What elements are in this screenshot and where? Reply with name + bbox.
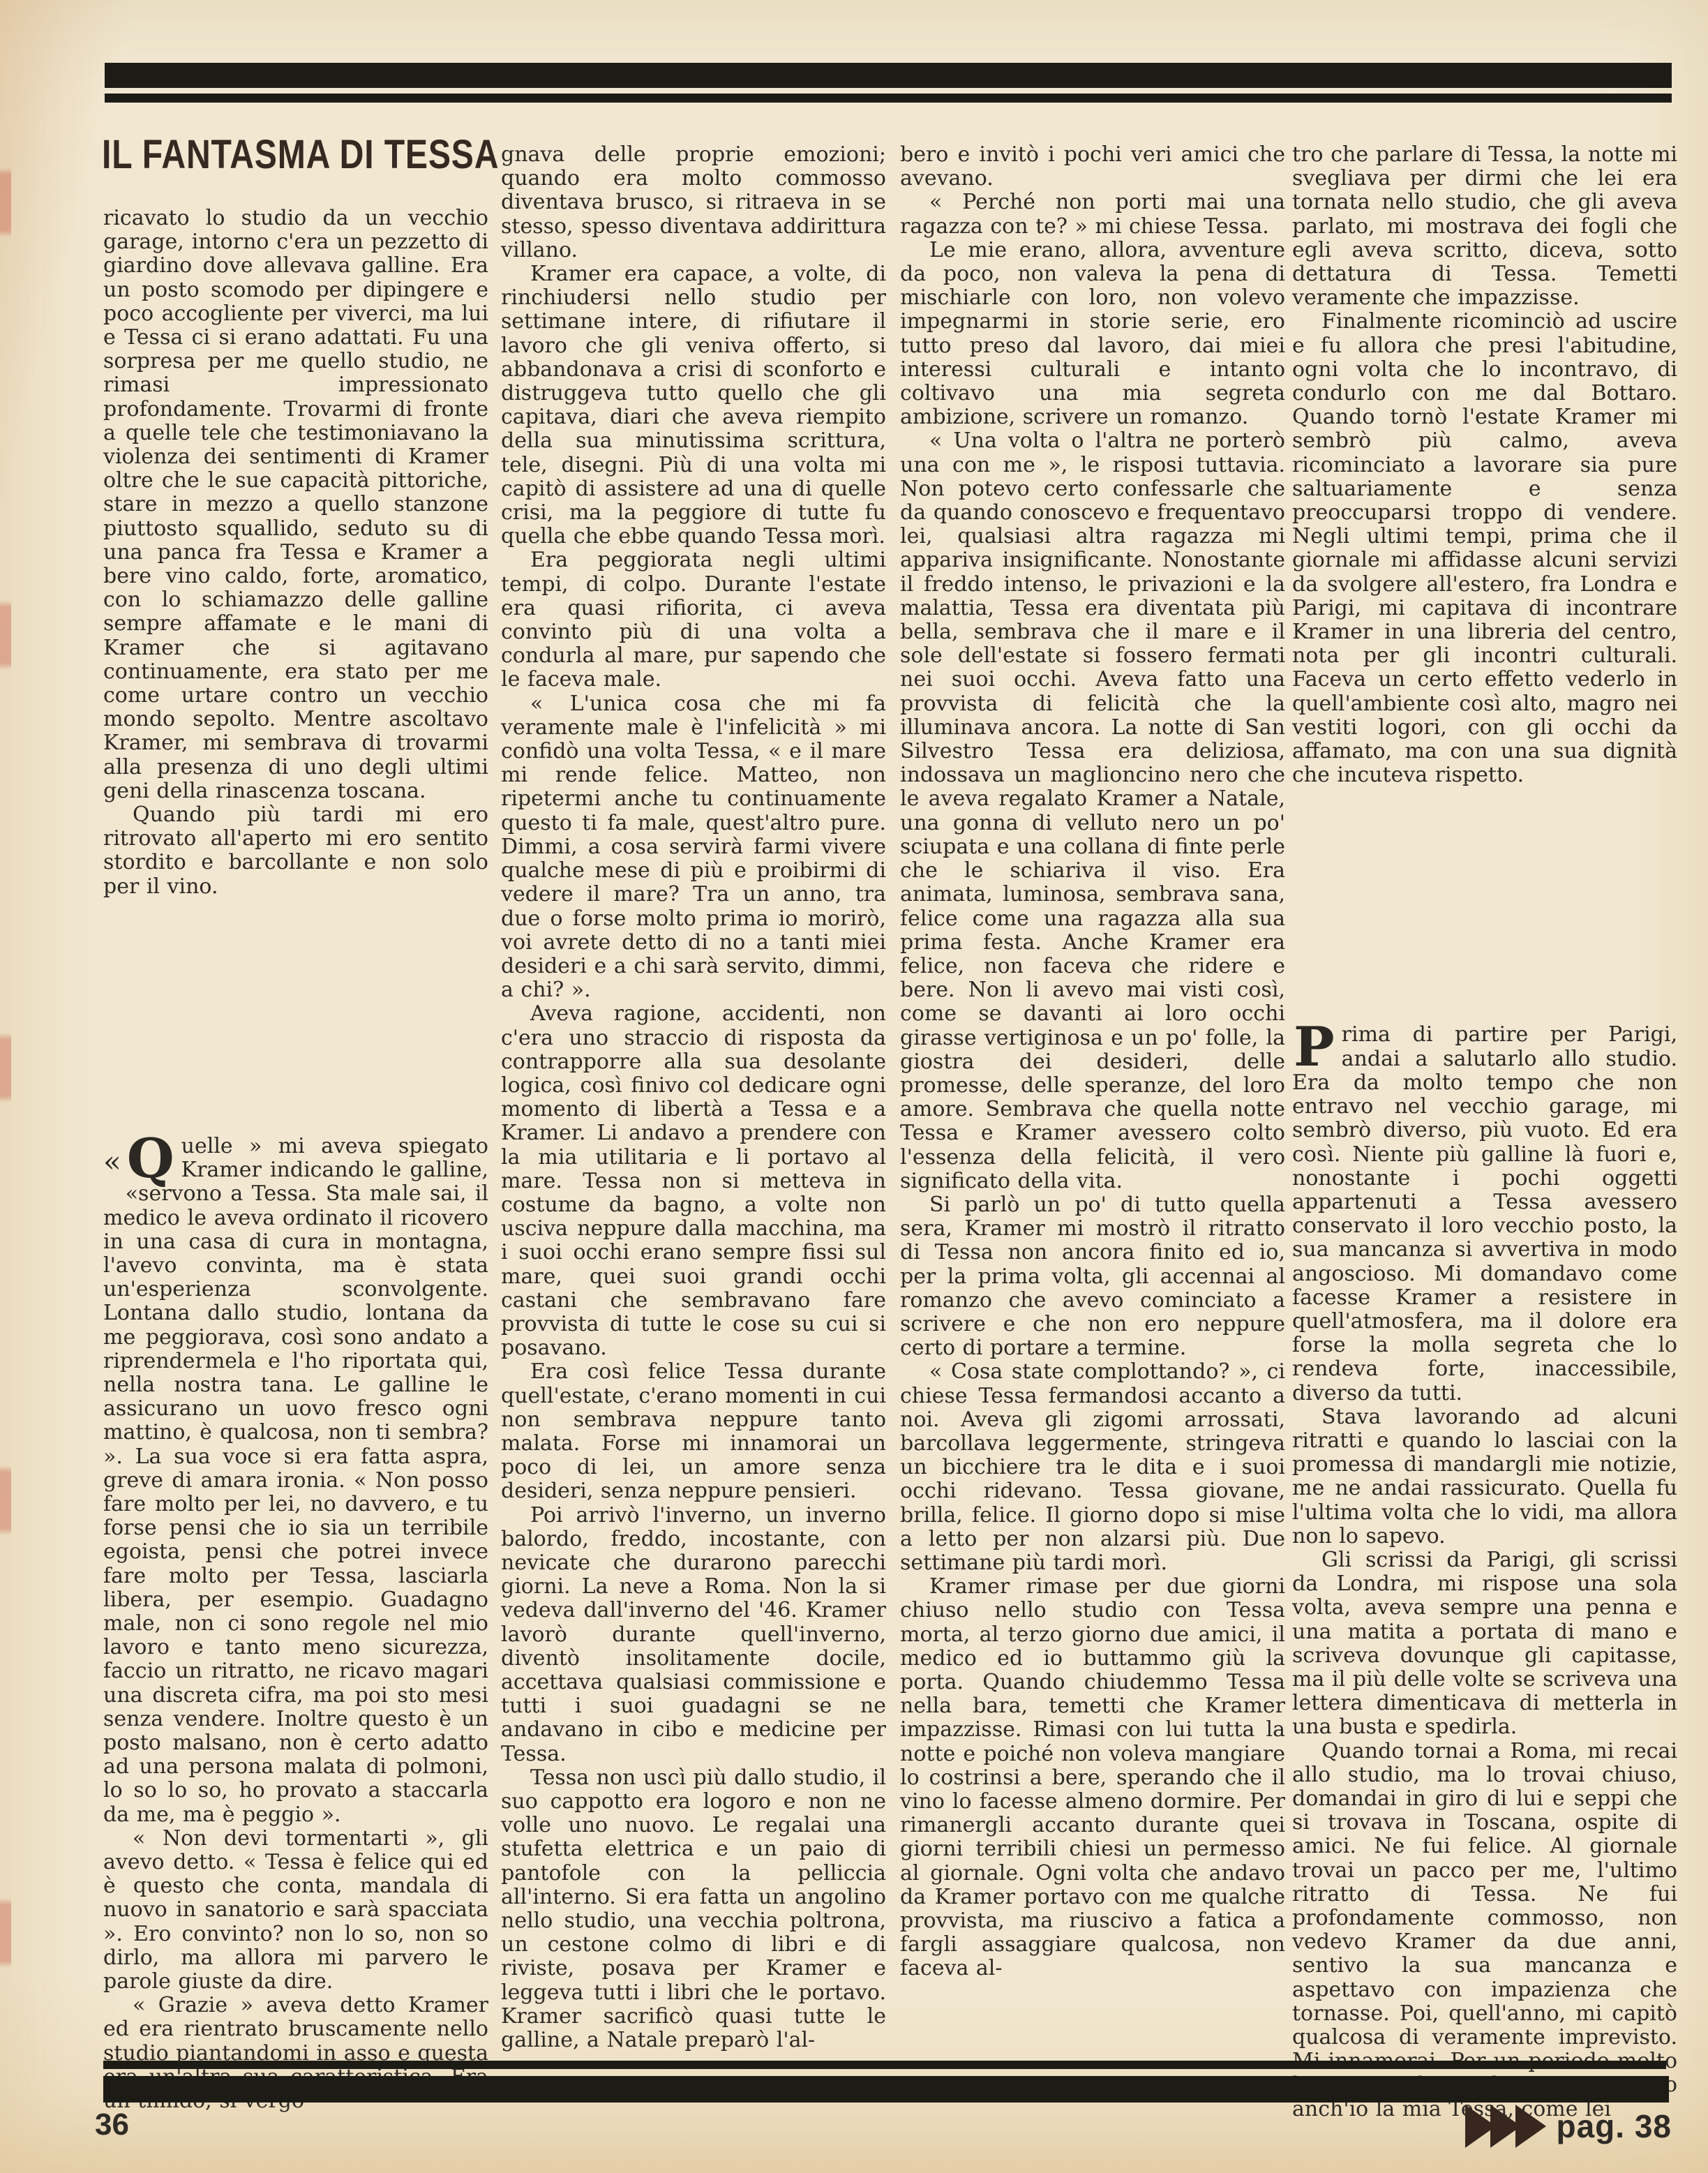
paragraph: Tessa non uscì più dallo studio, il suo … — [501, 1766, 886, 2052]
forward-arrows-icon — [1471, 2105, 1546, 2148]
magazine-page: IL FANTASMA DI TESSA ricavato lo studio … — [0, 0, 1708, 2173]
bottom-rule-thin — [103, 2061, 1666, 2069]
bottom-rule-thick — [103, 2076, 1669, 2103]
paragraph: Le mie erano, allora, avventure da poco,… — [900, 239, 1285, 430]
paragraph: Kramer era capace, a volte, di rinchiude… — [501, 262, 886, 548]
paragraph: Gli scrissi da Parigi, gli scrissi da Lo… — [1292, 1548, 1677, 1740]
article-title: IL FANTASMA DI TESSA — [102, 131, 499, 178]
continuation-marker: pag. 38 — [1471, 2105, 1672, 2148]
paragraph: « Perché non porti mai una ragazza con t… — [900, 191, 1285, 238]
right-triangle-icon — [1515, 2105, 1546, 2148]
paragraph: « Una volta o l'altra ne porterò una con… — [900, 429, 1285, 1193]
paragraph: « L'unica cosa che mi fa veramente male … — [501, 692, 886, 1003]
text-column-3: bero e invitò i pochi veri amici che ave… — [900, 143, 1285, 1981]
drop-cap: Q — [126, 1135, 181, 1181]
paragraph: Prima di partire per Parigi, andai a sal… — [1292, 1023, 1677, 1405]
paragraph: Aveva ragione, accidenti, non c'era uno … — [501, 1002, 886, 1360]
paragraph: ricavato lo studio da un vecchio garage,… — [103, 207, 488, 803]
paragraph: Finalmente ricominciò ad uscire e fu all… — [1292, 310, 1677, 787]
paragraph: gnava delle proprie emozioni; quando era… — [501, 143, 886, 262]
paragraph: Quando più tardi mi ero ritrovato all'ap… — [103, 803, 488, 899]
paragraph: «Quelle » mi aveva spiegato Kramer indic… — [103, 1135, 488, 1827]
continuation-label: pag. 38 — [1556, 2107, 1672, 2145]
text-column-1: ricavato lo studio da un vecchio garage,… — [103, 207, 488, 2113]
paragraph: Kramer rimase per due giorni chiuso nell… — [900, 1575, 1285, 1980]
top-rule-thin — [105, 94, 1672, 103]
text-column-4: tro che parlare di Tessa, la notte mi sv… — [1292, 143, 1677, 2121]
paragraph: « Cosa state complottando? », ci chiese … — [900, 1360, 1285, 1575]
paragraph: Stava lavorando ad alcuni ritratti e qua… — [1292, 1405, 1677, 1548]
page-number: 36 — [95, 2107, 129, 2142]
paragraph: Era così felice Tessa durante quell'esta… — [501, 1360, 886, 1503]
paragraph: « Non devi tormentarti », gli avevo dett… — [103, 1827, 488, 1994]
paragraph: Era peggiorata negli ultimi tempi, di co… — [501, 548, 886, 692]
paragraph: Si parlò un po' di tutto quella sera, Kr… — [900, 1193, 1285, 1360]
drop-cap: P — [1292, 1023, 1342, 1069]
text-column-2: gnava delle proprie emozioni; quando era… — [501, 143, 886, 2052]
top-rule-thick — [105, 63, 1672, 88]
paragraph: Poi arrivò l'inverno, un inverno balordo… — [501, 1504, 886, 1766]
paragraph: bero e invitò i pochi veri amici che ave… — [900, 143, 1285, 191]
page-edge-print-artifact — [0, 0, 11, 2173]
paragraph: tro che parlare di Tessa, la notte mi sv… — [1292, 143, 1677, 310]
open-quote-mark: « — [103, 1135, 126, 1183]
